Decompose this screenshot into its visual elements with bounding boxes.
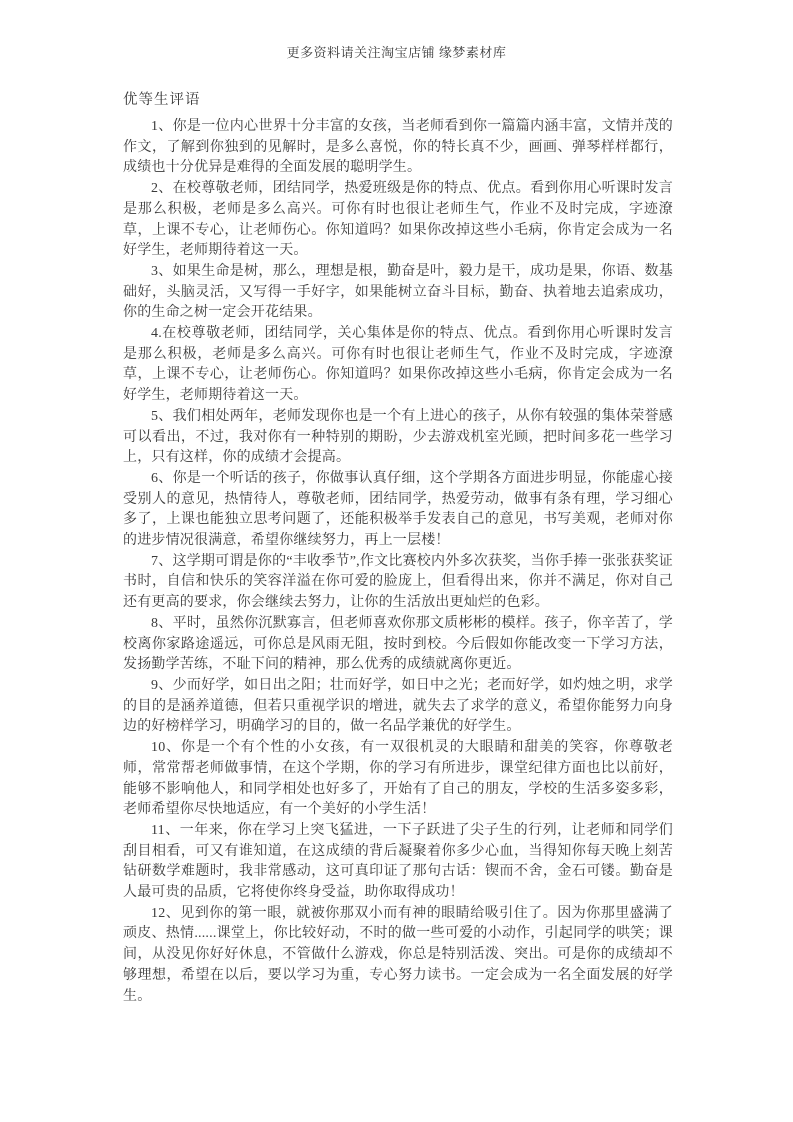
document-title: 优等生评语 <box>123 90 673 110</box>
header-note: 更多资料请关注淘宝店铺 缘梦素材库 <box>0 44 793 62</box>
comment-7: 7、这学期可谓是你的“丰收季节”,作文比赛校内外多次获奖，当你手捧一张张获奖证书… <box>123 552 673 614</box>
comment-4: 4.在校尊敬老师，团结同学，关心集体是你的特点、优点。看到你用心听课时发言是那么… <box>123 324 673 407</box>
comment-6: 6、你是一个听话的孩子，你做事认真仔细，这个学期各方面进步明显，你能虚心接受别人… <box>123 469 673 552</box>
comment-12: 12、见到你的第一眼，就被你那双小而有神的眼睛给吸引住了。因为你那里盛满了顽皮、… <box>123 904 673 1008</box>
comment-1: 1、你是一位内心世界十分丰富的女孩，当老师看到你一篇篇内涵丰富，文情并茂的作文，… <box>123 117 673 179</box>
comment-3: 3、如果生命是树，那么，理想是根，勤奋是叶，毅力是干，成功是果，你语、数基础好，… <box>123 262 673 324</box>
comment-11: 11、一年来，你在学习上突飞猛进，一下子跃进了尖子生的行列，让老师和同学们刮目相… <box>123 821 673 904</box>
document-page: 更多资料请关注淘宝店铺 缘梦素材库 优等生评语 1、你是一位内心世界十分丰富的女… <box>0 0 793 1122</box>
comment-8: 8、平时，虽然你沉默寡言，但老师喜欢你那文质彬彬的模样。孩子，你辛苦了，学校离你… <box>123 614 673 676</box>
comment-2: 2、在校尊敬老师，团结同学，热爱班级是你的特点、优点。看到你用心听课时发言是那么… <box>123 179 673 262</box>
comment-9: 9、少而好学，如日出之阳；壮而好学，如日中之光；老而好学，如灼烛之明，求学的目的… <box>123 676 673 738</box>
document-body: 优等生评语 1、你是一位内心世界十分丰富的女孩，当老师看到你一篇篇内涵丰富，文情… <box>123 90 673 1007</box>
comment-10: 10、你是一个有个性的小女孩，有一双很机灵的大眼睛和甜美的笑容，你尊敬老师，常常… <box>123 738 673 821</box>
comment-5: 5、我们相处两年，老师发现你也是一个有上进心的孩子，从你有较强的集体荣誉感可以看… <box>123 407 673 469</box>
